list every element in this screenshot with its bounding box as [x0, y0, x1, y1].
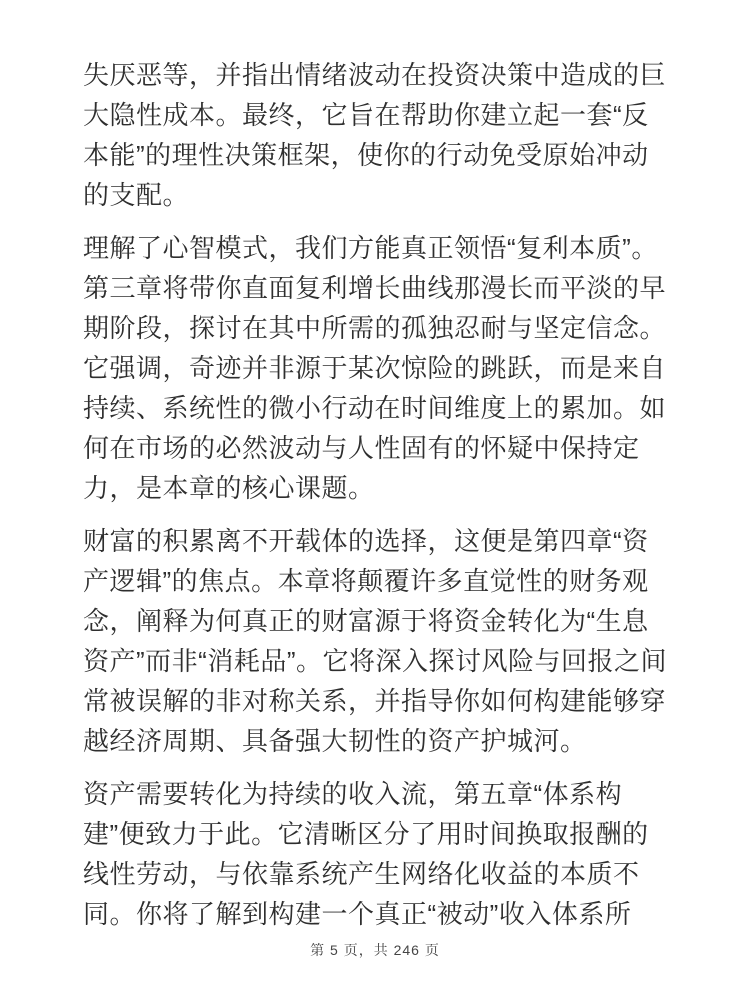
body-paragraph-1: 失厌恶等，并指出情绪波动在投资决策中造成的巨大隐性成本。最终，它旨在帮助你建立起…: [83, 55, 671, 215]
document-body: 失厌恶等，并指出情绪波动在投资决策中造成的巨大隐性成本。最终，它旨在帮助你建立起…: [83, 55, 671, 947]
document-page: 失厌恶等，并指出情绪波动在投资决策中造成的巨大隐性成本。最终，它旨在帮助你建立起…: [0, 0, 750, 1000]
body-paragraph-3: 财富的积累离不开载体的选择，这便是第四章“资产逻辑”的焦点。本章将颠覆许多直觉性…: [83, 521, 671, 761]
body-paragraph-2: 理解了心智模式，我们方能真正领悟“复利本质”。第三章将带你直面复利增长曲线那漫长…: [83, 228, 671, 508]
body-paragraph-4: 资产需要转化为持续的收入流，第五章“体系构建”便致力于此。它清晰区分了用时间换取…: [83, 774, 671, 934]
page-number-footer: 第 5 页，共 246 页: [0, 941, 750, 959]
